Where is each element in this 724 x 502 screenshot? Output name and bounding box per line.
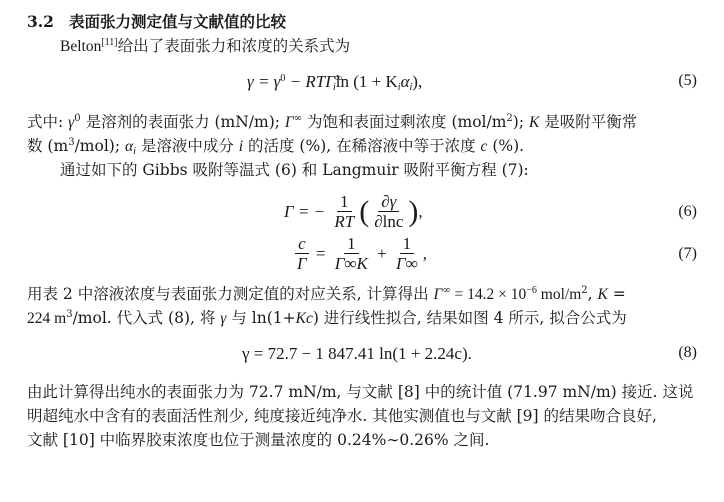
equation-body: Γ = − 1RT(∂γ∂lnc),: [284, 192, 423, 232]
fraction: 1Γ∞K: [332, 234, 371, 274]
numerator: 1: [400, 234, 415, 254]
equation-number: (6): [678, 203, 697, 221]
sup: ∞: [442, 285, 450, 296]
paren-close: ): [408, 195, 418, 228]
numerator: ∂γ: [378, 192, 399, 212]
text: 与 ln(1+: [226, 309, 295, 327]
equation-body: γ = γ0 − RTΓ∞iln (1 + Kiαi),: [247, 72, 422, 92]
text: mol/m: [537, 286, 581, 303]
paragraph-definitions-line1: 式中: γ0 是溶剂的表面张力 (mN/m); Γ∞ 为饱和表面过剩浓度 (mo…: [27, 112, 637, 133]
text: 是溶剂的表面张力 (mN/m);: [81, 113, 285, 131]
numerator: c: [295, 234, 309, 254]
eq-part: α: [401, 72, 410, 91]
numerator: 1: [344, 234, 359, 254]
eq-part: Γ = −: [284, 202, 325, 221]
denominator: Γ∞: [393, 254, 421, 274]
equation-7: cΓ = 1Γ∞K + 1Γ∞, (7): [0, 234, 724, 278]
section-number: 3.2: [27, 12, 69, 31]
author-name: Belton: [60, 38, 101, 55]
text: (%).: [487, 137, 524, 155]
paragraph-text: 给出了表面张力和浓度的关系式为: [118, 37, 351, 55]
eq-part: =: [316, 244, 326, 263]
denominator: RT: [331, 212, 357, 232]
text: =: [608, 285, 626, 303]
equation-number: (5): [678, 72, 697, 90]
denominator: Γ: [294, 254, 310, 274]
citation-ref[interactable]: [11]: [101, 37, 117, 48]
equation-6: Γ = − 1RT(∂γ∂lnc), (6): [0, 192, 724, 236]
eq-part: γ = γ: [247, 72, 280, 91]
paragraph-fit-line2: 224 m3/mol. 代入式 (8), 将 γ 与 ln(1+Kc) 进行线性…: [27, 308, 627, 329]
equation-number: (8): [678, 344, 697, 362]
fraction: 1Γ∞: [393, 234, 421, 274]
symbol: α: [125, 138, 133, 155]
text: 的活度 (%), 在稀溶液中等于浓度: [243, 137, 480, 155]
text: 通过如下的 Gibbs 吸附等温式 (6) 和 Langmuir 吸附平衡方程 …: [60, 161, 529, 179]
text: 数 (m: [27, 137, 68, 155]
numerator: 1: [337, 192, 352, 212]
paragraph-conclusion-line2: 明超纯水中含有的表面活性剂少, 纯度接近纯净水. 其他实测值也与文献 [9] 的…: [27, 406, 657, 426]
paragraph-belton: Belton[11]给出了表面张力和浓度的关系式为: [60, 36, 350, 57]
paragraph-conclusion-line3: 文献 [10] 中临界胶束浓度也位于测量浓度的 0.24%∼0.26% 之间.: [27, 430, 489, 450]
text: 式中:: [27, 113, 68, 131]
sup: −6: [526, 285, 537, 296]
equation-body: γ = 72.7 − 1 847.41 ln(1 + 2.24c).: [242, 344, 472, 364]
text: 为饱和表面过剩浓度 (mol/m: [302, 113, 506, 131]
fraction: 1RT: [331, 192, 357, 232]
eq-part: +: [377, 244, 387, 263]
text: );: [513, 113, 529, 131]
text: /mol);: [75, 137, 125, 155]
denominator: Γ∞K: [332, 254, 371, 274]
eq-part: ln (1 + K: [336, 72, 398, 91]
eq-part: − RT: [285, 72, 325, 91]
denominator: ∂lnc: [371, 212, 406, 232]
text: 是溶液中成分: [136, 137, 239, 155]
section-heading: 3.2表面张力测定值与文献值的比较: [27, 10, 286, 32]
text: = 14.2 × 10: [451, 286, 527, 303]
paragraph-definitions-line2: 数 (m3/mol); αi 是溶液中成分 i 的活度 (%), 在稀溶液中等于…: [27, 136, 524, 157]
symbol: K: [529, 114, 539, 131]
eq-part: ,: [418, 202, 422, 221]
equation-number: (7): [678, 245, 697, 263]
text: 用表 2 中溶液浓度与表面张力测定值的对应关系, 计算得出: [27, 285, 434, 303]
text: 是吸附平衡常: [539, 113, 637, 131]
section-title: 表面张力测定值与文献值的比较: [69, 13, 286, 31]
paragraph-conclusion-line1: 由此计算得出纯水的表面张力为 72.7 mN/m, 与文献 [8] 中的统计值 …: [27, 382, 694, 402]
text: /mol. 代入式 (8), 将: [73, 309, 221, 327]
equation-body: cΓ = 1Γ∞K + 1Γ∞,: [292, 234, 427, 274]
symbol: Γ: [434, 286, 443, 303]
symbol: K: [598, 286, 608, 303]
paragraph-gibbs-langmuir: 通过如下的 Gibbs 吸附等温式 (6) 和 Langmuir 吸附平衡方程 …: [60, 160, 529, 180]
text: ) 进行线性拟合, 结果如图 4 所示, 拟合公式为: [313, 309, 627, 327]
text: 224 m: [27, 310, 66, 327]
symbol: Γ: [285, 114, 294, 131]
symbol: Kc: [296, 310, 313, 327]
sup: ∞: [294, 113, 302, 124]
fraction: cΓ: [294, 234, 310, 274]
paren-open: (: [359, 195, 369, 228]
paragraph-fit-line1: 用表 2 中溶液浓度与表面张力测定值的对应关系, 计算得出 Γ∞ = 14.2 …: [27, 284, 626, 305]
eq-part: ,: [423, 244, 427, 263]
text: ,: [588, 285, 598, 303]
fraction: ∂γ∂lnc: [371, 192, 406, 232]
eq-part: ),: [412, 72, 422, 91]
